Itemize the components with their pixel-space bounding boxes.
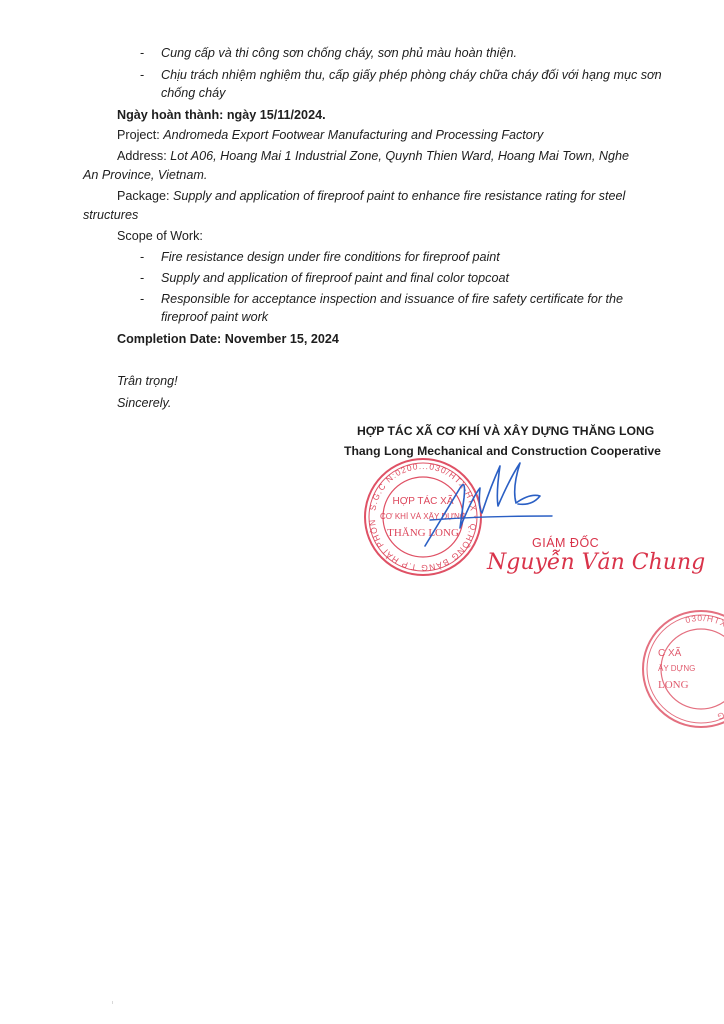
partial-stamp-line-3: LONG [658, 679, 689, 691]
address-value-1: Lot A06, Hoang Mai 1 Industrial Zone, Qu… [170, 149, 629, 163]
bullet-dash: - [140, 249, 144, 265]
scan-speck [112, 1001, 113, 1004]
closing-vn: Trân trọng! [117, 373, 178, 389]
project-value: Andromeda Export Footwear Manufacturing … [163, 128, 543, 142]
partial-stamp-line-1: C XÃ [658, 646, 682, 659]
vn-scope-item-2-cont: chống cháy [161, 85, 225, 101]
project-label: Project: [117, 128, 163, 142]
vn-scope-item-1: Cung cấp và thi công sơn chống cháy, sơn… [161, 45, 517, 61]
en-scope-item-3-cont: fireproof paint work [161, 309, 268, 325]
scope-label: Scope of Work: [117, 228, 203, 244]
project-line: Project: Andromeda Export Footwear Manuf… [117, 127, 543, 143]
package-value-1: Supply and application of fireproof pain… [173, 189, 625, 203]
package-value-2: structures [83, 207, 138, 223]
address-value-2: An Province, Vietnam. [83, 167, 207, 183]
address-label: Address: [117, 149, 170, 163]
document-page: - Cung cấp và thi công sơn chống cháy, s… [0, 0, 724, 1024]
vn-scope-item-2: Chịu trách nhiệm nghiệm thu, cấp giấy ph… [161, 67, 662, 83]
package-line: Package: Supply and application of firep… [117, 188, 625, 204]
package-label: Package: [117, 189, 173, 203]
bullet-dash: - [140, 270, 144, 286]
bullet-dash: - [140, 291, 144, 307]
en-completion-date: Completion Date: November 15, 2024 [117, 331, 339, 347]
bullet-dash: - [140, 67, 144, 83]
vn-completion-date: Ngày hoàn thành: ngày 15/11/2024. [117, 107, 326, 123]
signer-name: Nguyễn Văn Chung [487, 550, 705, 575]
signer-position: GIÁM ĐỐC [532, 536, 599, 550]
organization-name-vn: HỢP TÁC XÃ CƠ KHÍ VÀ XÂY DỰNG THĂNG LONG [357, 424, 654, 438]
closing-en: Sincerely. [117, 395, 171, 411]
en-scope-item-1: Fire resistance design under fire condit… [161, 249, 500, 265]
partial-stamp-line-2: ÂY DỰNG [658, 664, 695, 673]
bullet-dash: - [140, 45, 144, 61]
en-scope-item-2: Supply and application of fireproof pain… [161, 270, 509, 286]
address-line: Address: Lot A06, Hoang Mai 1 Industrial… [117, 148, 629, 164]
en-scope-item-3: Responsible for acceptance inspection an… [161, 291, 623, 307]
partial-stamp: 030/HTX-HTX * T.P HẢI PHÒNG C XÃ ÂY DỰNG… [640, 608, 724, 730]
